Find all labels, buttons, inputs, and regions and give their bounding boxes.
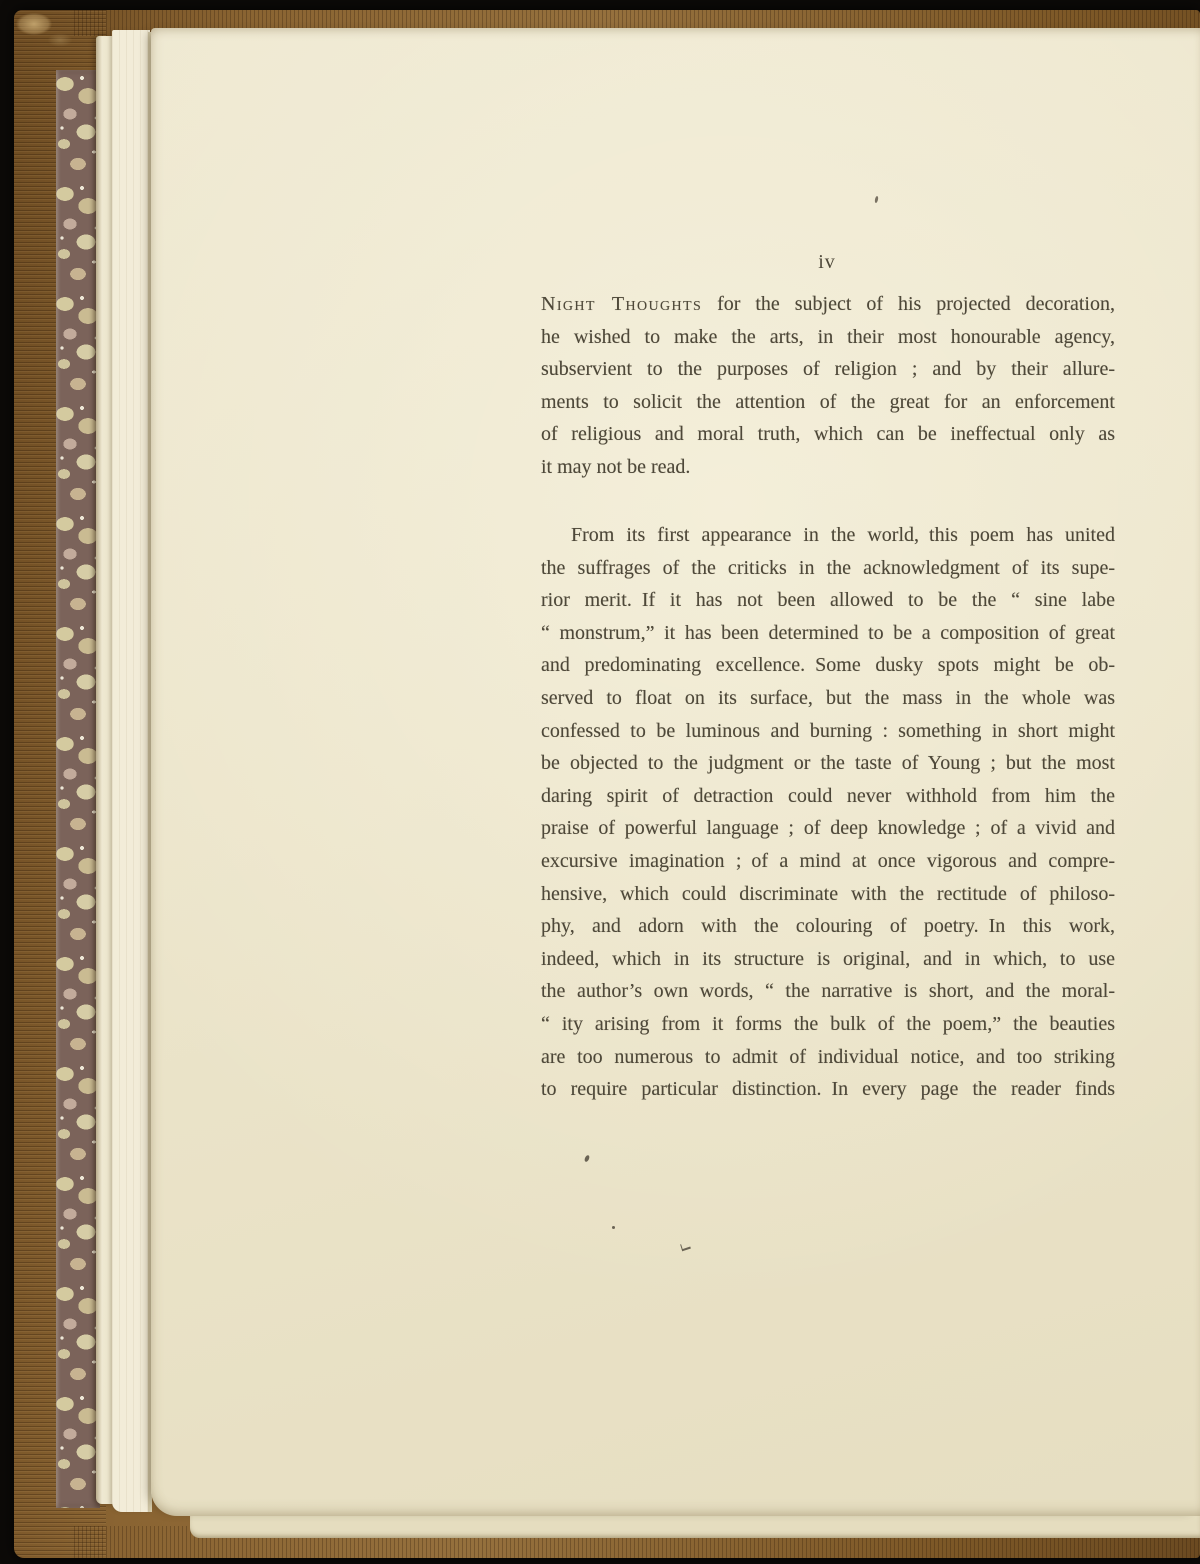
text-line: served to float on its surface, but the … bbox=[541, 682, 1115, 715]
text-line: he wished to make the arts, in their mos… bbox=[541, 321, 1115, 354]
text-line: ments to solicit the attention of the gr… bbox=[541, 386, 1115, 419]
book-page: iv Night Thoughts for the subject of his… bbox=[151, 28, 1200, 1516]
text-line: Night Thoughts for the subject of his pr… bbox=[541, 288, 1115, 321]
text-line: of religious and moral truth, which can … bbox=[541, 418, 1115, 451]
text-line-rest: for the subject of his projected decorat… bbox=[702, 293, 1115, 315]
page-edge-leaf-1 bbox=[96, 36, 113, 1504]
text-line: “ monstrum,” it has been determined to b… bbox=[541, 617, 1115, 650]
page-text-layer: iv Night Thoughts for the subject of his… bbox=[151, 28, 1200, 1516]
text-line: phy, and adorn with the colouring of poe… bbox=[541, 910, 1115, 943]
paragraph-2: From its first appearance in the world, … bbox=[541, 519, 1115, 1106]
ink-speck bbox=[612, 1226, 615, 1229]
text-line: indeed, which in its structure is origin… bbox=[541, 943, 1115, 976]
text-line: and predominating excellence. Some dusky… bbox=[541, 649, 1115, 682]
paragraph-1: Night Thoughts for the subject of his pr… bbox=[541, 288, 1115, 484]
corner-wear-patch bbox=[16, 12, 76, 58]
text-line: praise of powerful language ; of deep kn… bbox=[541, 812, 1115, 845]
ink-speck bbox=[584, 1154, 591, 1162]
text-line: be objected to the judgment or the taste… bbox=[541, 747, 1115, 780]
text-line: to require particular distinction. In ev… bbox=[541, 1073, 1115, 1106]
marbled-endpaper bbox=[56, 70, 100, 1508]
ink-speck bbox=[874, 196, 878, 203]
small-caps-title: Night Thoughts bbox=[541, 293, 702, 315]
text-line: daring spirit of detraction could never … bbox=[541, 780, 1115, 813]
text-line: are too numerous to admit of individual … bbox=[541, 1041, 1115, 1074]
text-line: From its first appearance in the world, … bbox=[541, 519, 1115, 552]
text-line: hensive, which could discriminate with t… bbox=[541, 878, 1115, 911]
page-edge-leaf-2 bbox=[112, 30, 150, 1512]
text-line: the author’s own words, “ the narrative … bbox=[541, 975, 1115, 1008]
text-line: the suffrages of the criticks in the ack… bbox=[541, 552, 1115, 585]
ink-speck bbox=[680, 1242, 691, 1251]
text-line: subservient to the purposes of religion … bbox=[541, 353, 1115, 386]
page-number: iv bbox=[541, 250, 1113, 274]
text-line: “ ity arising from it forms the bulk of … bbox=[541, 1008, 1115, 1041]
text-line: it may not be read. bbox=[541, 451, 1115, 484]
book-photograph: { "colors": { "backdrop": "#0c0a08", "le… bbox=[0, 0, 1200, 1564]
text-line: confessed to be luminous and burning : s… bbox=[541, 715, 1115, 748]
text-line: rior merit. If it has not been allowed t… bbox=[541, 584, 1115, 617]
text-line: excursive imagination ; of a mind at onc… bbox=[541, 845, 1115, 878]
